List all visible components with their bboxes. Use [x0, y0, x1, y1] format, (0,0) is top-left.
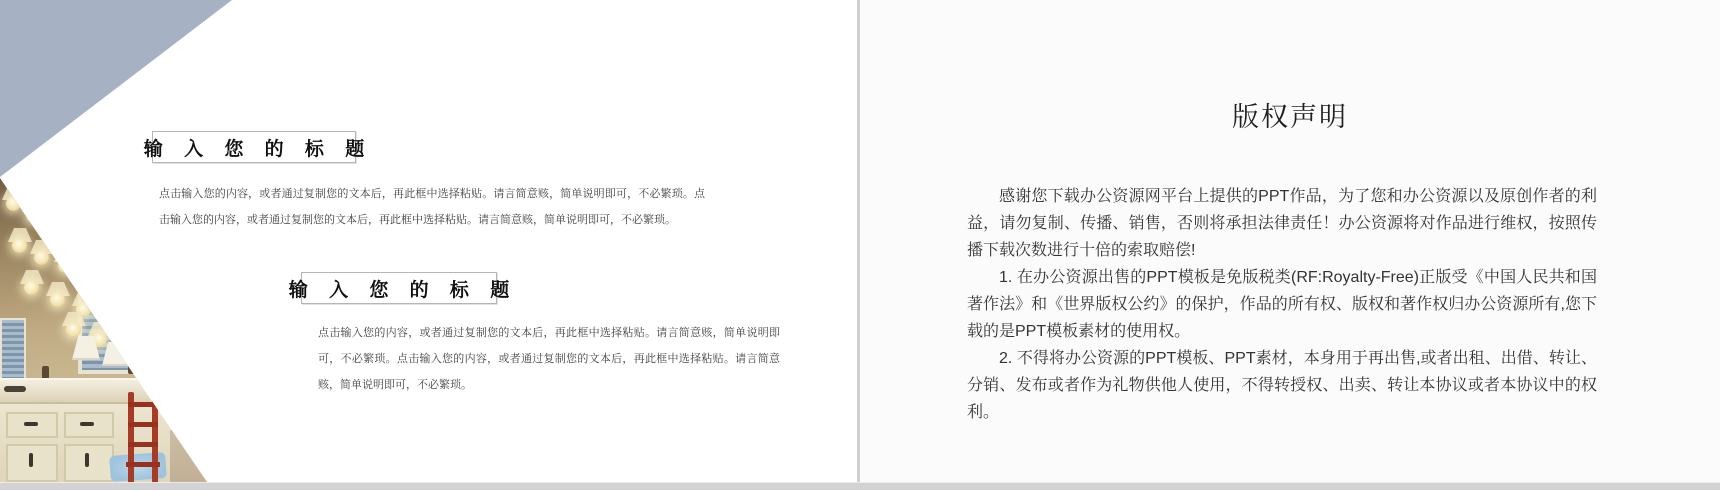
section1-body-text: 点击输入您的内容，或者通过复制您的文本后，再此框中选择粘贴。请言简意赅，简单说明… — [159, 181, 705, 233]
slide-page-right[interactable]: 版权声明 感谢您下载办公资源网平台上提供的PPT作品，为了您和办公资源以及原创作… — [860, 0, 1720, 482]
horizontal-scrollbar-track[interactable] — [0, 482, 1720, 490]
title-placeholder-2: 输 入 您 的 标 题 — [301, 272, 497, 304]
copyright-paragraph-1: 感谢您下载办公资源网平台上提供的PPT作品，为了您和办公资源以及原创作者的利益，… — [967, 183, 1597, 264]
section2-title: 输 入 您 的 标 题 — [281, 275, 517, 302]
copyright-title: 版权声明 — [860, 95, 1720, 134]
section1-title: 输 入 您 的 标 题 — [136, 134, 372, 161]
two-slide-preview: 输 入 您 的 标 题 点击输入您的内容，或者通过复制您的文本后，再此框中选择粘… — [0, 0, 1720, 490]
copyright-paragraph-3: 2. 不得将办公资源的PPT模板、PPT素材，本身用于再出售,或者出租、出借、转… — [967, 345, 1597, 426]
copyright-paragraph-2: 1. 在办公资源出售的PPT模板是免版税类(RF:Royalty-Free)正版… — [967, 264, 1597, 345]
slide-page-left[interactable]: 输 入 您 的 标 题 点击输入您的内容，或者通过复制您的文本后，再此框中选择粘… — [0, 0, 857, 482]
copyright-body: 感谢您下载办公资源网平台上提供的PPT作品，为了您和办公资源以及原创作者的利益，… — [967, 183, 1597, 426]
section2-body-text: 点击输入您的内容，或者通过复制您的文本后，再此框中选择粘贴。请言简意赅，简单说明… — [318, 320, 780, 398]
title-placeholder-1: 输 入 您 的 标 题 — [152, 131, 356, 163]
page-divider — [857, 0, 860, 482]
